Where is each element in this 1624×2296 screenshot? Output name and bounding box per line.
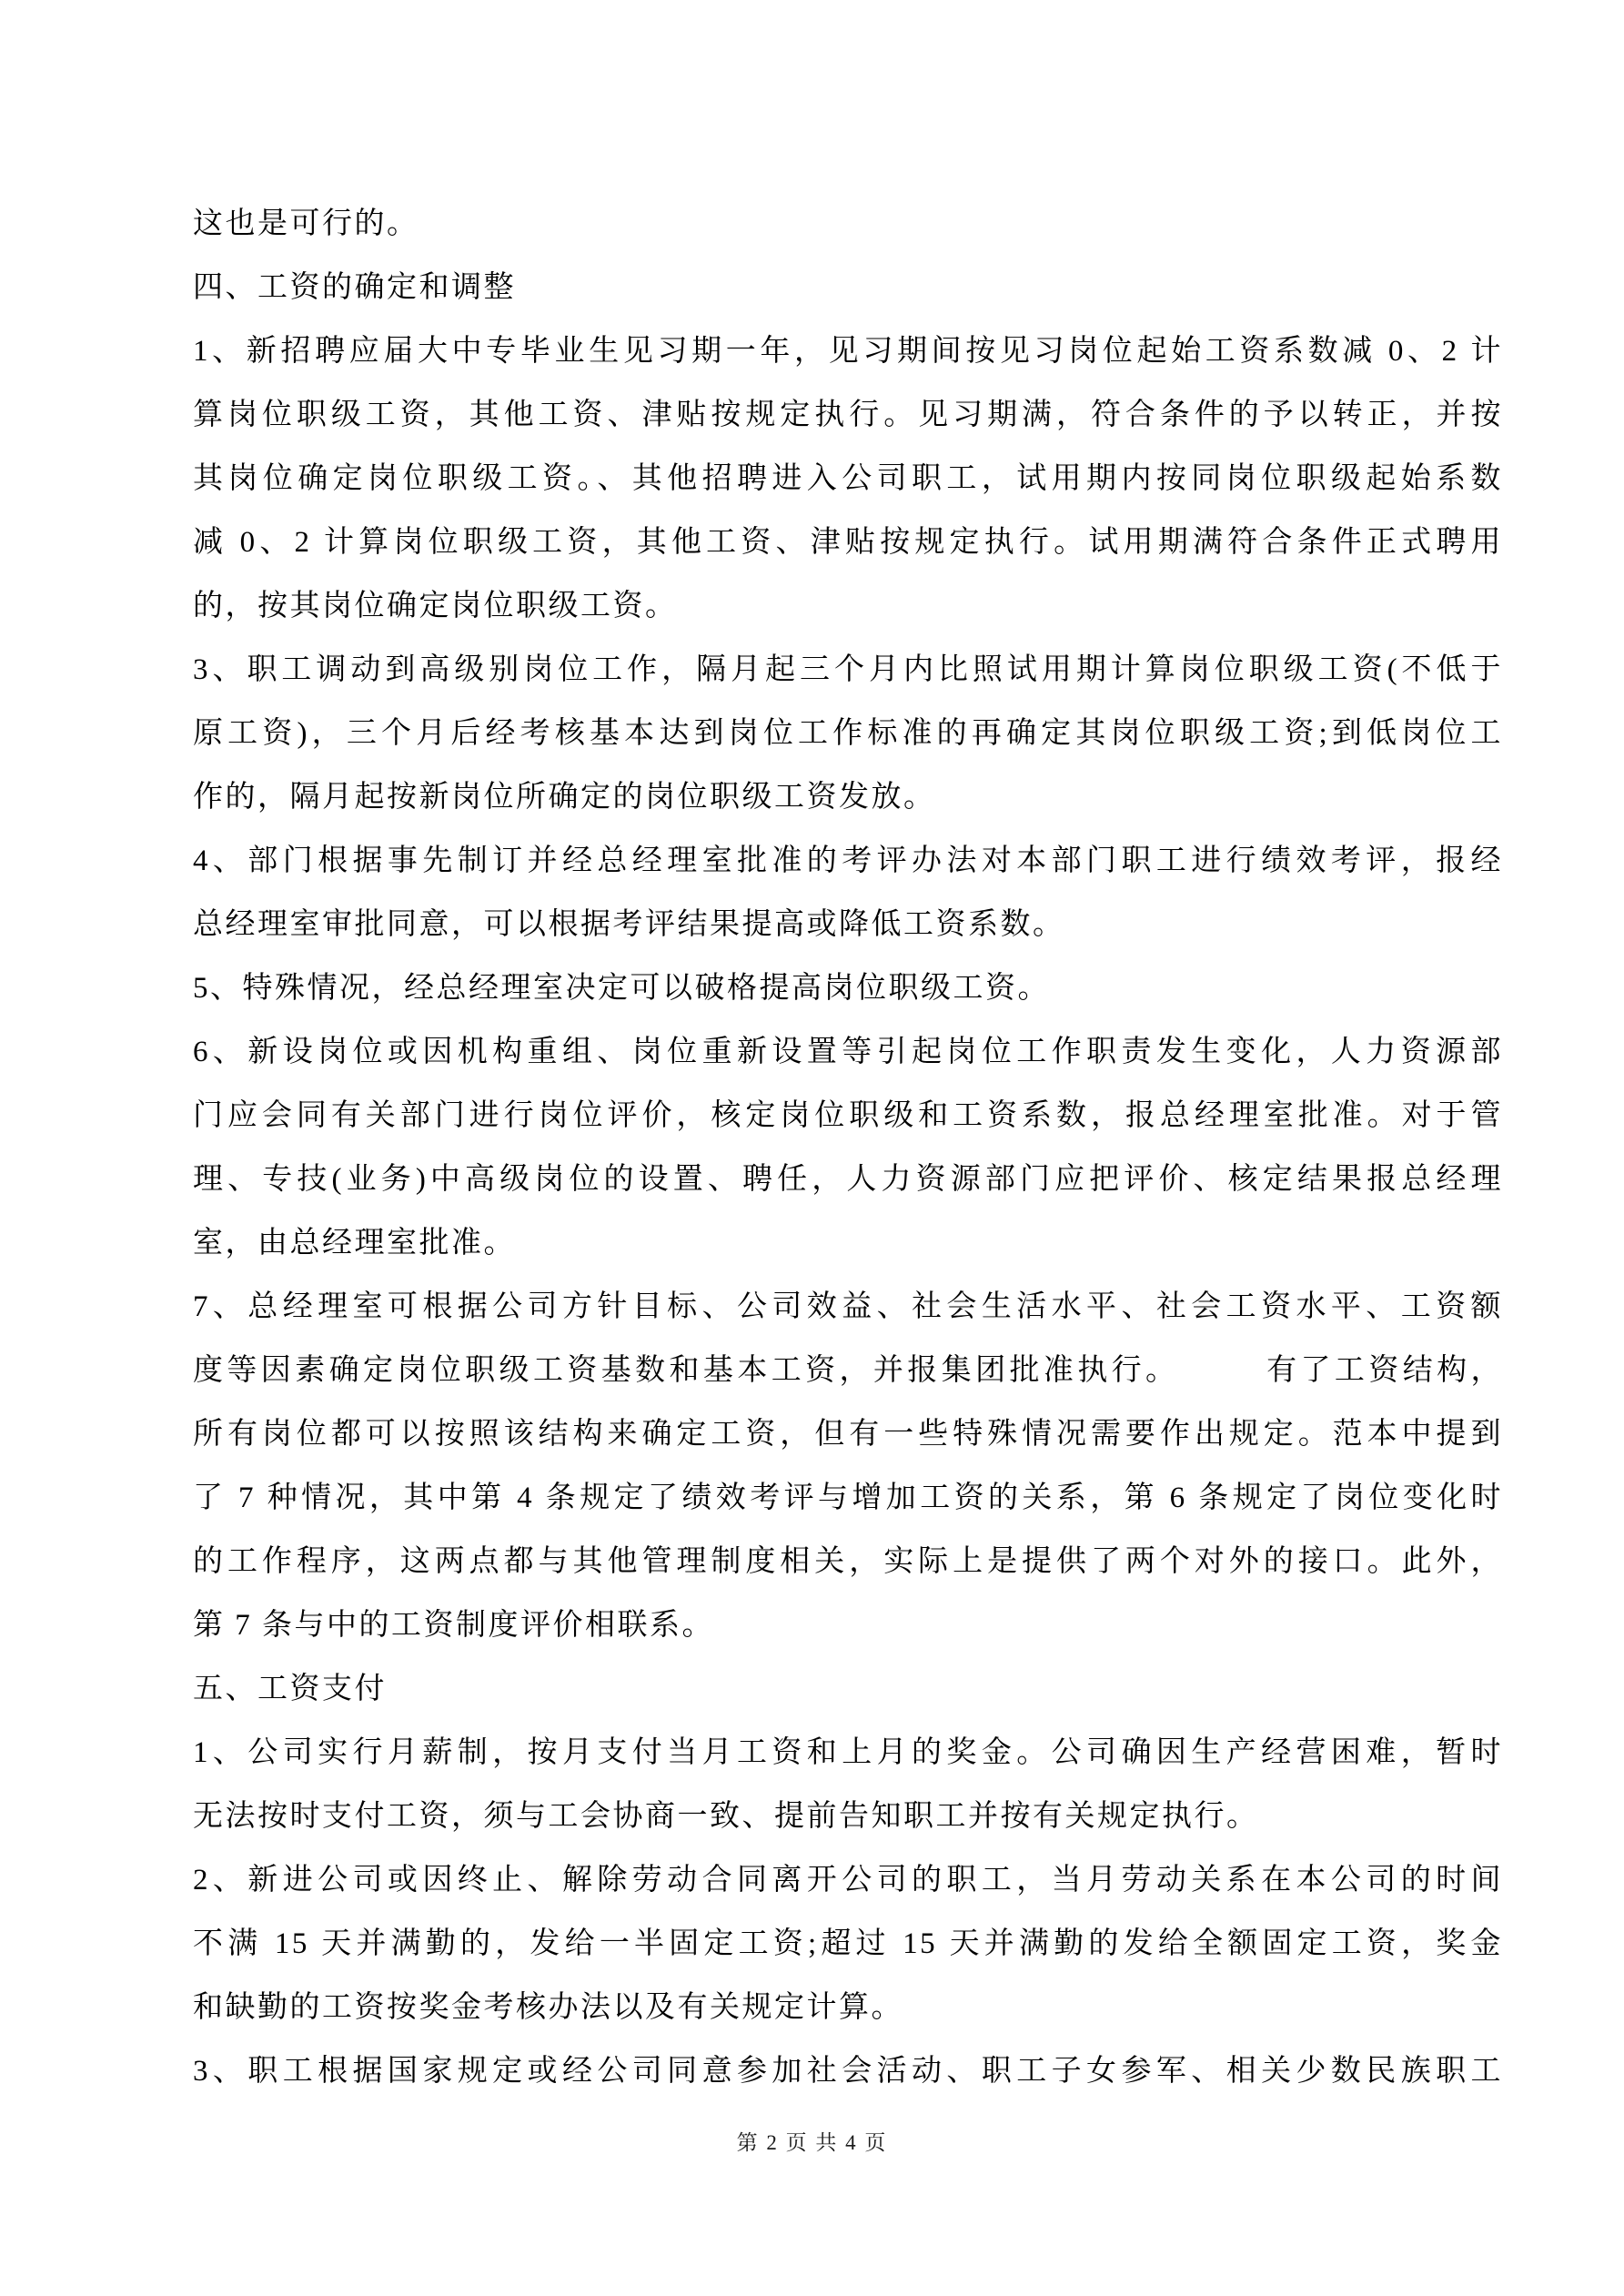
text-line: 度等因素确定岗位职级工资基数和基本工资，并报集团批准执行。 有了工资结构， xyxy=(193,1339,1503,1402)
text-line: 所有岗位都可以按照该结构来确定工资，但有一些特殊情况需要作出规定。范本中提到 xyxy=(193,1402,1503,1466)
text-line: 3、职工调动到高级别岗位工作，隔月起三个月内比照试用期计算岗位职级工资(不低于 xyxy=(193,638,1503,702)
text-line: 室，由总经理室批准。 xyxy=(193,1211,1503,1275)
text-line: 作的，隔月起按新岗位所确定的岗位职级工资发放。 xyxy=(193,765,1503,829)
document-body: 这也是可行的。 四、工资的确定和调整 1、新招聘应届大中专毕业生见习期一年，见习… xyxy=(193,192,1503,2103)
text-line: 其岗位确定岗位职级工资。、其他招聘进入公司职工，试用期内按同岗位职级起始系数 xyxy=(193,447,1503,511)
text-line: 这也是可行的。 xyxy=(193,192,1503,256)
text-line: 5、特殊情况，经总经理室决定可以破格提高岗位职级工资。 xyxy=(193,956,1503,1020)
text-line: 的工作程序，这两点都与其他管理制度相关，实际上是提供了两个对外的接口。此外， xyxy=(193,1530,1503,1593)
text-line: 6、新设岗位或因机构重组、岗位重新设置等引起岗位工作职责发生变化，人力资源部 xyxy=(193,1020,1503,1084)
text-line: 的，按其岗位确定岗位职级工资。 xyxy=(193,574,1503,638)
text-line: 总经理室审批同意，可以根据考评结果提高或降低工资系数。 xyxy=(193,893,1503,956)
document-page: 这也是可行的。 四、工资的确定和调整 1、新招聘应届大中专毕业生见习期一年，见习… xyxy=(0,0,1624,2296)
text-line: 1、新招聘应届大中专毕业生见习期一年，见习期间按见习岗位起始工资系数减 0、2 … xyxy=(193,319,1503,383)
section-heading: 四、工资的确定和调整 xyxy=(193,256,1503,319)
text-line: 无法按时支付工资，须与工会协商一致、提前告知职工并按有关规定执行。 xyxy=(193,1785,1503,1848)
text-line: 减 0、2 计算岗位职级工资，其他工资、津贴按规定执行。试用期满符合条件正式聘用 xyxy=(193,511,1503,574)
text-line: 不满 15 天并满勤的，发给一半固定工资;超过 15 天并满勤的发给全额固定工资… xyxy=(193,1912,1503,1976)
text-line: 4、部门根据事先制订并经总经理室批准的考评办法对本部门职工进行绩效考评，报经 xyxy=(193,829,1503,893)
section-heading: 五、工资支付 xyxy=(193,1657,1503,1721)
text-line: 原工资)，三个月后经考核基本达到岗位工作标准的再确定其岗位职级工资;到低岗位工 xyxy=(193,702,1503,765)
text-line: 1、公司实行月薪制，按月支付当月工资和上月的奖金。公司确因生产经营困难，暂时 xyxy=(193,1721,1503,1785)
text-line: 2、新进公司或因终止、解除劳动合同离开公司的职工，当月劳动关系在本公司的时间 xyxy=(193,1848,1503,1912)
page-number-footer: 第 2 页 共 4 页 xyxy=(0,2126,1624,2156)
text-line: 7、总经理室可根据公司方针目标、公司效益、社会生活水平、社会工资水平、工资额 xyxy=(193,1275,1503,1339)
text-line: 算岗位职级工资，其他工资、津贴按规定执行。见习期满，符合条件的予以转正，并按 xyxy=(193,383,1503,447)
text-line: 和缺勤的工资按奖金考核办法以及有关规定计算。 xyxy=(193,1976,1503,2039)
text-line: 理、专技(业务)中高级岗位的设置、聘任，人力资源部门应把评价、核定结果报总经理 xyxy=(193,1148,1503,1211)
text-line: 门应会同有关部门进行岗位评价，核定岗位职级和工资系数，报总经理室批准。对于管 xyxy=(193,1084,1503,1148)
text-line: 了 7 种情况，其中第 4 条规定了绩效考评与增加工资的关系，第 6 条规定了岗… xyxy=(193,1466,1503,1530)
text-line: 3、职工根据国家规定或经公司同意参加社会活动、职工子女参军、相关少数民族职工 xyxy=(193,2039,1503,2103)
text-line: 第 7 条与中的工资制度评价相联系。 xyxy=(193,1593,1503,1657)
